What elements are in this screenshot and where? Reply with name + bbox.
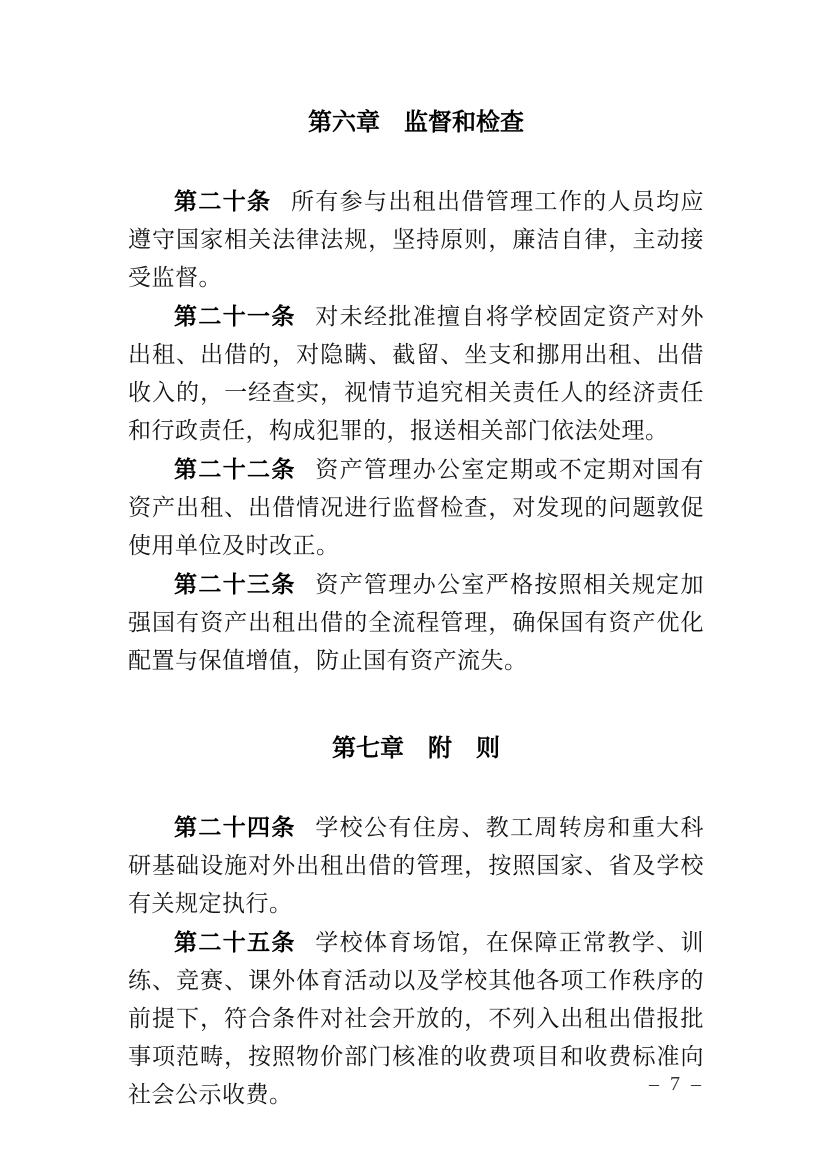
chapter-6-section: 第六章 监督和检查 第二十条所有参与出租出借管理工作的人员均应遵守国家相关法律法…: [128, 108, 704, 680]
article-21-number: 第二十一条: [174, 303, 296, 329]
page-number: – 7 –: [649, 1072, 704, 1096]
chapter-7-section: 第七章 附 则 第二十四条学校公有住房、教工周转房和重大科研基础设施对外出租出借…: [128, 734, 704, 1114]
article-25-text: 学校体育场馆，在保障正常教学、训练、竞赛、课外体育活动以及学校其他各项工作秩序的…: [128, 930, 704, 1107]
chapter-6-heading: 第六章 监督和检查: [128, 108, 704, 138]
article-23-number: 第二十三条: [174, 571, 296, 597]
article-20: 第二十条所有参与出租出借管理工作的人员均应遵守国家相关法律法规，坚持原则，廉洁自…: [128, 182, 704, 297]
document-page: 第六章 监督和检查 第二十条所有参与出租出借管理工作的人员均应遵守国家相关法律法…: [0, 0, 826, 1169]
article-21: 第二十一条对未经批准擅自将学校固定资产对外出租、出借的，对隐瞒、截留、坐支和挪用…: [128, 297, 704, 450]
article-20-number: 第二十条: [174, 188, 271, 214]
article-22-number: 第二十二条: [174, 456, 296, 482]
article-25-number: 第二十五条: [174, 929, 296, 955]
article-25: 第二十五条学校体育场馆，在保障正常教学、训练、竞赛、课外体育活动以及学校其他各项…: [128, 923, 704, 1114]
chapter-7-heading: 第七章 附 则: [128, 734, 704, 764]
article-23: 第二十三条资产管理办公室严格按照相关规定加强国有资产出租出借的全流程管理，确保国…: [128, 565, 704, 680]
article-24: 第二十四条学校公有住房、教工周转房和重大科研基础设施对外出租出借的管理，按照国家…: [128, 808, 704, 923]
article-22: 第二十二条资产管理办公室定期或不定期对国有资产出租、出借情况进行监督检查，对发现…: [128, 450, 704, 565]
article-24-number: 第二十四条: [174, 814, 296, 840]
